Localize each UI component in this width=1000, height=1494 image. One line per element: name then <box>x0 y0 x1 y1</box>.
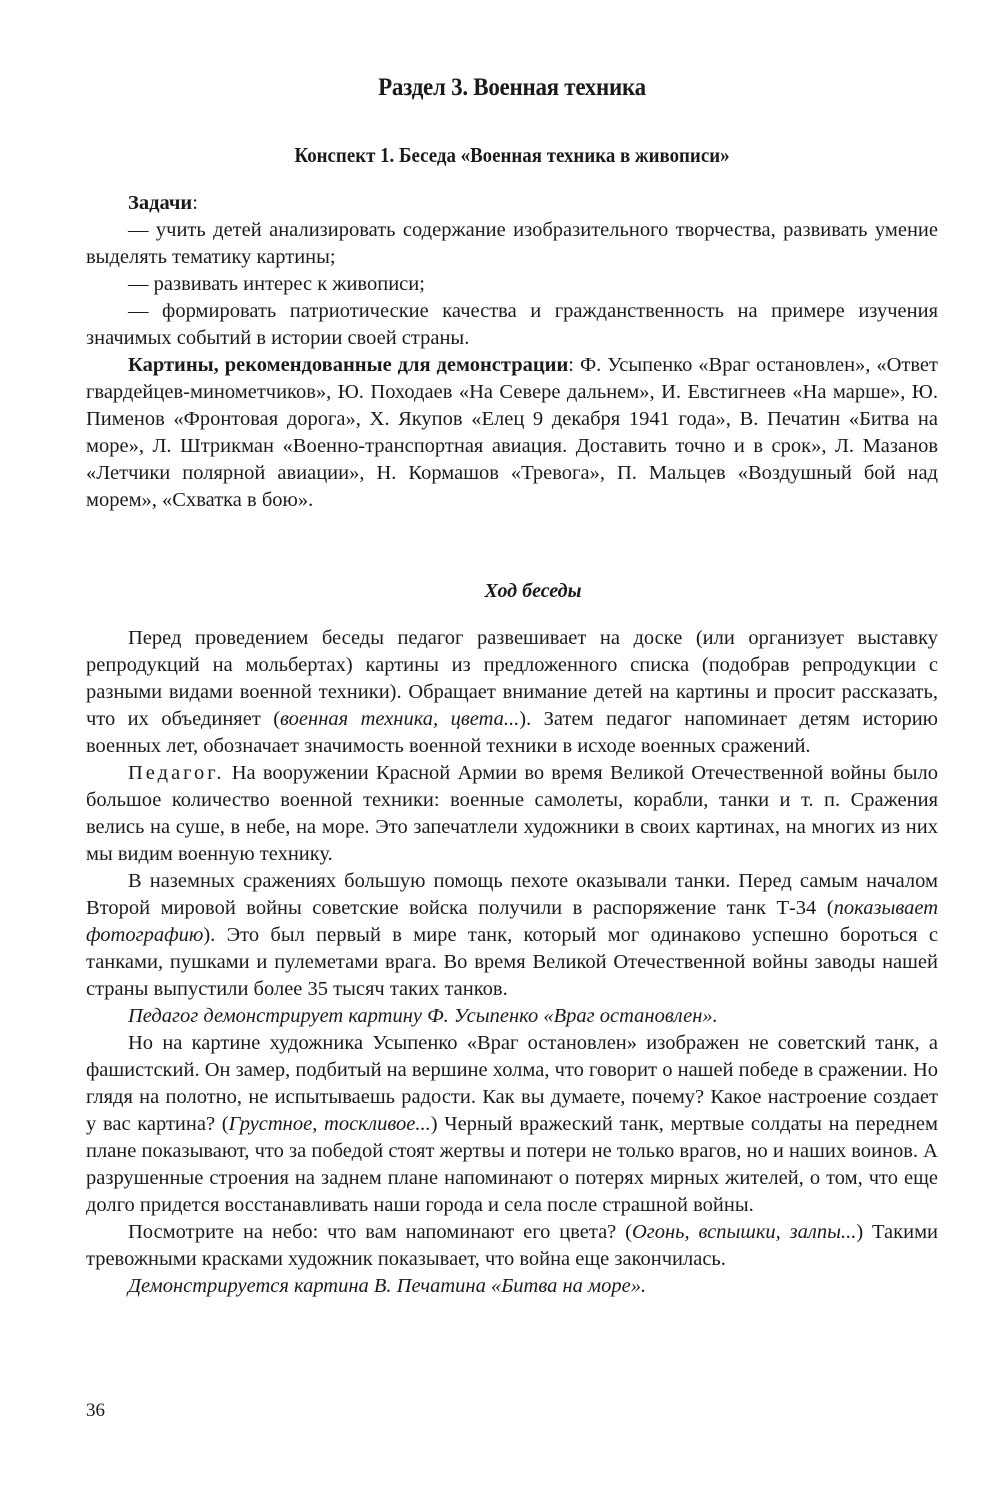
paragraph: Перед проведением беседы педагог развеши… <box>86 625 938 760</box>
tasks-block: Задачи: — учить детей анализировать соде… <box>86 190 938 514</box>
paintings-heading: Картины, рекомендованные для демонстраци… <box>128 354 568 376</box>
paintings-paragraph: Картины, рекомендованные для демонстраци… <box>86 352 938 514</box>
task-item: — учить детей анализировать содержание и… <box>86 217 938 271</box>
tasks-heading-line: Задачи: <box>86 190 938 217</box>
teacher-speech: Педагог. На вооружении Красной Армии во … <box>86 760 938 868</box>
task-item: — развивать интерес к живописи; <box>86 271 938 298</box>
paragraph: Посмотрите на небо: что вам напоминают е… <box>86 1219 938 1273</box>
stage-direction: Педагог демонстрирует картину Ф. Усыпенк… <box>86 1003 938 1030</box>
tasks-heading: Задачи <box>128 192 192 214</box>
paragraph: В наземных сражениях большую помощь пехо… <box>86 868 938 1003</box>
paragraph: Но на картине художника Усыпенко «Враг о… <box>86 1030 938 1219</box>
conversation-block: Ход беседы Перед проведением беседы педа… <box>86 578 938 1300</box>
section-title: Раздел 3. Военная техника <box>120 74 904 102</box>
task-item: — формировать патриотические качества и … <box>86 298 938 352</box>
speaker-label: Педагог. <box>128 762 225 784</box>
paintings-list: : Ф. Усыпенко «Враг остановлен», «Ответ … <box>86 354 938 511</box>
page-number: 36 <box>86 1400 105 1422</box>
lesson-title: Конспект 1. Беседа «Военная техника в жи… <box>129 143 896 168</box>
progress-heading: Ход беседы <box>86 578 938 605</box>
stage-direction: Демонстрируется картина В. Печатина «Бит… <box>86 1273 938 1300</box>
